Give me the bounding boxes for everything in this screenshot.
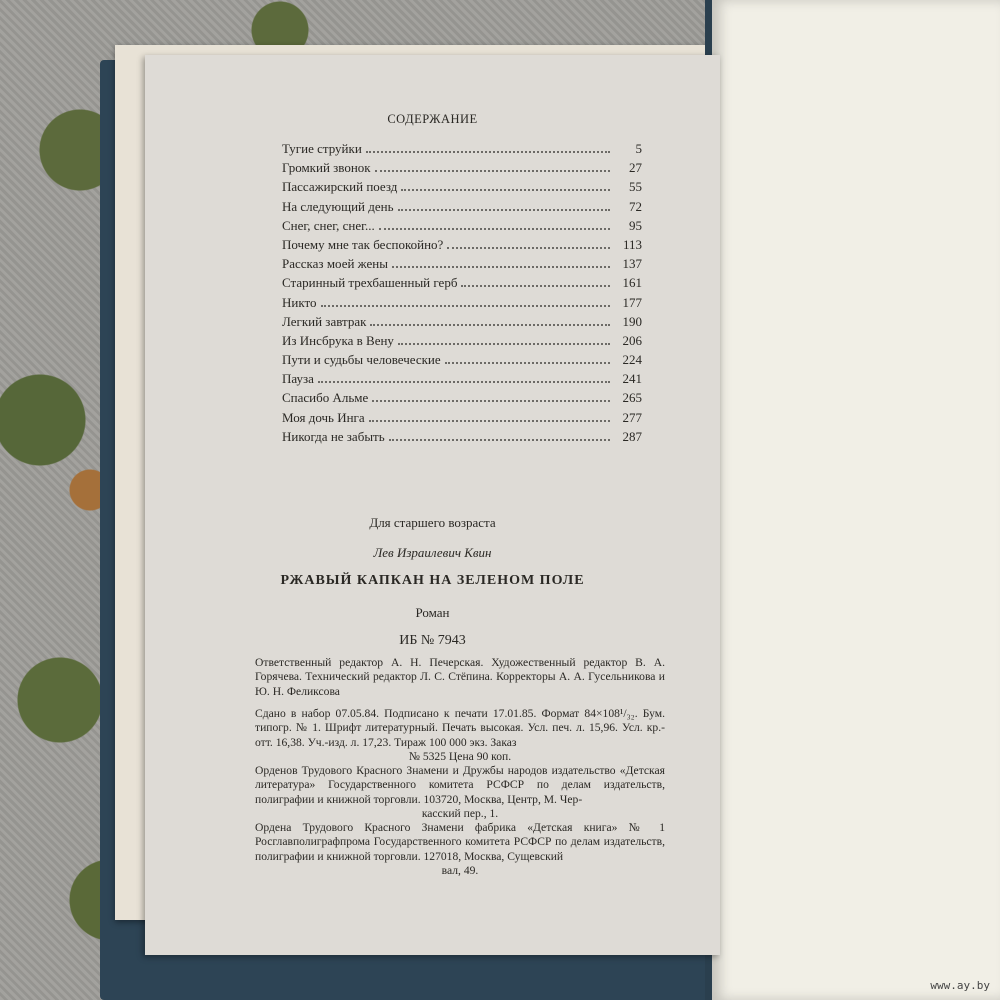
factory-info: Ордена Трудового Красного Знамени фабрик… <box>255 821 665 878</box>
toc-entry: На следующий день72 <box>282 199 642 218</box>
toc-entry: Рассказ моей жены137 <box>282 256 642 275</box>
editors-credits: Ответственный редактор А. Н. Печерская. … <box>255 656 665 699</box>
author-name: Лев Израилевич Квин <box>145 545 720 561</box>
toc-entry: Пассажирский поезд55 <box>282 179 642 198</box>
watermark: www.ay.by <box>930 979 990 992</box>
toc-entry: Спасибо Альме265 <box>282 390 642 409</box>
print-info: Сдано в набор 07.05.84. Подписано к печа… <box>255 707 665 764</box>
book-page: СОДЕРЖАНИЕ Тугие струйки5 Громкий звонок… <box>145 55 720 955</box>
toc-entry: Тугие струйки5 <box>282 141 642 160</box>
toc-entry: Моя дочь Инга277 <box>282 410 642 429</box>
book-genre: Роман <box>145 605 720 621</box>
toc-entry: Из Инсбрука в Вену206 <box>282 333 642 352</box>
toc-entry: Почему мне так беспокойно?113 <box>282 237 642 256</box>
publisher-info: Орденов Трудового Красного Знамени и Дру… <box>255 764 665 821</box>
toc-entry: Снег, снег, снег...95 <box>282 218 642 237</box>
book-title: РЖАВЫЙ КАПКАН НА ЗЕЛЕНОМ ПОЛЕ <box>145 573 720 589</box>
ib-number: ИБ № 7943 <box>145 633 720 649</box>
toc-entry: Громкий звонок27 <box>282 160 642 179</box>
toc-entry: Легкий завтрак190 <box>282 314 642 333</box>
table-of-contents: Тугие струйки5 Громкий звонок27 Пассажир… <box>282 141 642 448</box>
toc-entry: Пауза241 <box>282 371 642 390</box>
age-rating: Для старшего возраста <box>145 515 720 531</box>
toc-entry: Никто177 <box>282 295 642 314</box>
blank-right-page <box>712 0 1000 1000</box>
toc-entry: Старинный трехбашенный герб161 <box>282 275 642 294</box>
toc-entry: Пути и судьбы человеческие224 <box>282 352 642 371</box>
toc-entry: Никогда не забыть287 <box>282 429 642 448</box>
toc-title: СОДЕРЖАНИЕ <box>145 112 720 127</box>
